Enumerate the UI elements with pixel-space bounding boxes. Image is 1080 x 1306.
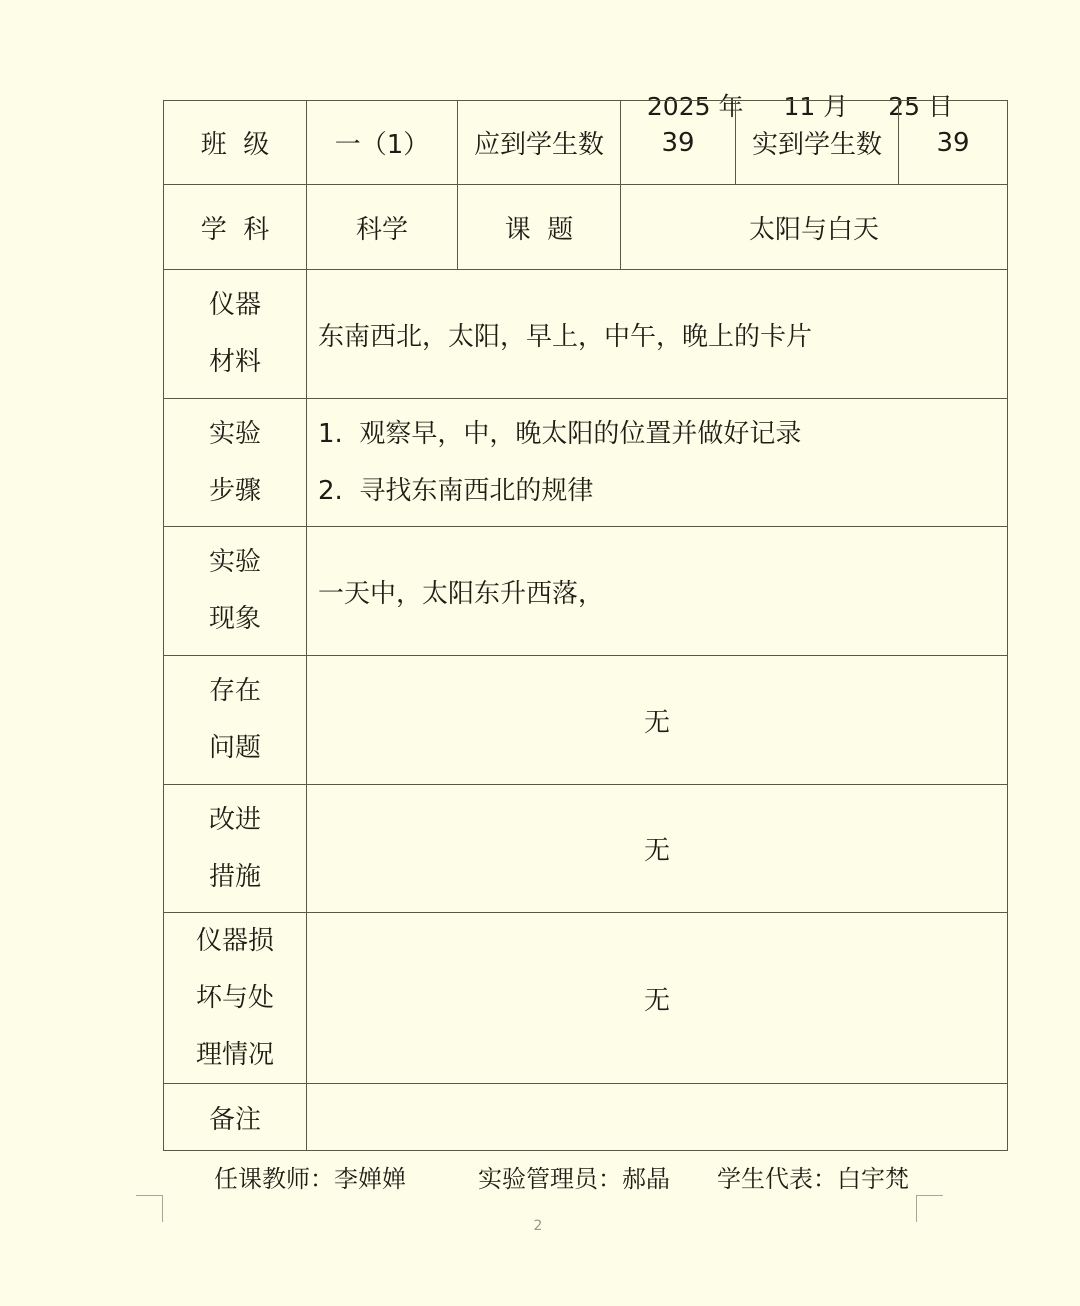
step-item: 1. 观察早，中，晚太阳的位置并做好记录 bbox=[318, 406, 801, 463]
crop-mark-right bbox=[916, 1195, 943, 1222]
phenomenon-label-line: 现象 bbox=[209, 591, 261, 648]
topic-value: 太阳与白天 bbox=[621, 185, 1007, 269]
remarks-value[interactable] bbox=[307, 1084, 1007, 1150]
problems-label: 存在 问题 bbox=[164, 656, 306, 784]
materials-label-line: 仪器 bbox=[209, 277, 261, 334]
actual-students-value: 39 bbox=[899, 101, 1007, 184]
damage-value: 无 bbox=[307, 913, 1007, 1083]
improvements-label-line: 改进 bbox=[209, 792, 261, 849]
actual-students-label: 实到学生数 bbox=[736, 101, 898, 184]
table-border-right bbox=[1007, 100, 1008, 1151]
steps-value: 1. 观察早，中，晚太阳的位置并做好记录 2. 寻找东南西北的规律 bbox=[307, 399, 1007, 526]
page-number: 2 bbox=[532, 1218, 544, 1234]
step-item: 2. 寻找东南西北的规律 bbox=[318, 463, 593, 520]
table-border-bottom bbox=[163, 1150, 1008, 1151]
subject-label: 学 科 bbox=[164, 185, 306, 269]
phenomenon-label-line: 实验 bbox=[209, 534, 261, 591]
expected-students-value: 39 bbox=[621, 101, 735, 184]
class-label: 班 级 bbox=[164, 101, 306, 184]
damage-label: 仪器损 坏与处 理情况 bbox=[164, 913, 306, 1083]
report-date: 2025 年11 月25 日 bbox=[631, 56, 953, 90]
teacher-signature: 任课教师：李婵婵 bbox=[214, 1162, 406, 1196]
improvements-value: 无 bbox=[307, 785, 1007, 912]
materials-value: 东南西北，太阳，早上，中午，晚上的卡片 bbox=[307, 270, 1007, 398]
problems-value: 无 bbox=[307, 656, 1007, 784]
steps-label-line: 步骤 bbox=[209, 463, 261, 520]
lab-manager-signature: 实验管理员：郝晶 bbox=[478, 1162, 670, 1196]
class-value: 一（1） bbox=[307, 101, 457, 184]
steps-label: 实验 步骤 bbox=[164, 399, 306, 526]
phenomenon-value: 一天中，太阳东升西落， bbox=[307, 527, 1007, 655]
damage-label-line: 理情况 bbox=[196, 1027, 274, 1084]
improvements-label: 改进 措施 bbox=[164, 785, 306, 912]
damage-label-line: 坏与处 bbox=[196, 970, 274, 1027]
subject-value: 科学 bbox=[307, 185, 457, 269]
problems-label-line: 问题 bbox=[209, 720, 261, 777]
improvements-label-line: 措施 bbox=[209, 849, 261, 906]
materials-label-line: 材料 bbox=[209, 334, 261, 391]
phenomenon-label: 实验 现象 bbox=[164, 527, 306, 655]
materials-label: 仪器 材料 bbox=[164, 270, 306, 398]
damage-label-line: 仪器损 bbox=[196, 913, 274, 970]
topic-label: 课 题 bbox=[458, 185, 620, 269]
crop-mark-left bbox=[136, 1195, 163, 1222]
remarks-label: 备注 bbox=[164, 1084, 306, 1150]
student-rep-signature: 学生代表：白宇梵 bbox=[717, 1162, 909, 1196]
problems-label-line: 存在 bbox=[209, 663, 261, 720]
expected-students-label: 应到学生数 bbox=[458, 101, 620, 184]
steps-label-line: 实验 bbox=[209, 406, 261, 463]
